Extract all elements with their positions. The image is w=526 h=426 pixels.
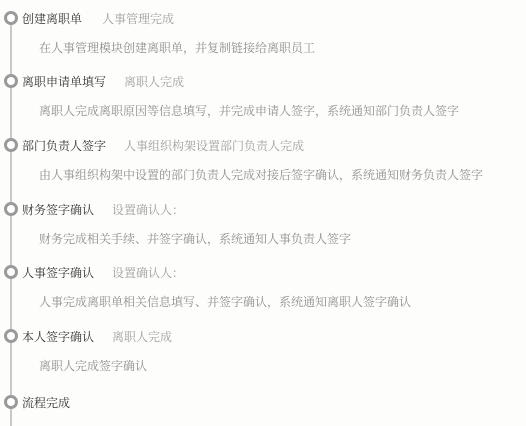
step-description: 离职人完成签字确认 — [39, 357, 147, 374]
resignation-process-timeline: 创建离职单 人事管理完成 在人事管理模块创建离职单，并复制链接给离职员工 离职申… — [0, 0, 526, 426]
step-title: 本人签字确认 — [22, 328, 94, 345]
step-title: 离职申请单填写 — [22, 73, 106, 90]
step-header: 流程完成 — [0, 393, 70, 411]
step-marker-circle-icon — [4, 329, 18, 343]
step-marker-circle-icon — [4, 138, 18, 152]
step-description: 财务完成相关手续、并签字确认，系统通知人事负责人签字 — [39, 230, 351, 247]
step-marker-circle-icon — [4, 11, 18, 25]
step-title: 部门负责人签字 — [22, 137, 106, 154]
step-owner: 人事管理完成 — [102, 10, 174, 27]
step-title: 流程完成 — [22, 394, 70, 411]
step-marker-circle-icon — [4, 395, 18, 409]
step-header: 人事签字确认 设置确认人： — [0, 263, 184, 281]
step-owner: 离职人完成 — [124, 73, 184, 90]
step-marker-circle-icon — [4, 74, 18, 88]
step-description: 在人事管理模块创建离职单，并复制链接给离职员工 — [39, 39, 315, 56]
step-owner: 离职人完成 — [112, 328, 172, 345]
step-header: 创建离职单 人事管理完成 — [0, 9, 174, 27]
step-title: 人事签字确认 — [22, 264, 94, 281]
step-header: 财务签字确认 设置确认人： — [0, 200, 184, 218]
step-header: 部门负责人签字 人事组织构架设置部门负责人完成 — [0, 136, 304, 154]
step-header: 本人签字确认 离职人完成 — [0, 327, 172, 345]
step-owner: 设置确认人： — [112, 264, 184, 281]
step-header: 离职申请单填写 离职人完成 — [0, 72, 184, 90]
step-owner: 设置确认人： — [112, 201, 184, 218]
step-title: 财务签字确认 — [22, 201, 94, 218]
step-owner: 人事组织构架设置部门负责人完成 — [124, 137, 304, 154]
step-description: 离职人完成离职原因等信息填写，并完成申请人签字，系统通知部门负责人签字 — [39, 102, 459, 119]
step-title: 创建离职单 — [22, 10, 82, 27]
step-marker-circle-icon — [4, 202, 18, 216]
step-marker-circle-icon — [4, 265, 18, 279]
step-description: 人事完成离职单相关信息填写、并签字确认，系统通知离职人签字确认 — [39, 293, 411, 310]
step-description: 由人事组织构架中设置的部门负责人完成对接后签字确认，系统通知财务负责人签字 — [39, 166, 483, 183]
